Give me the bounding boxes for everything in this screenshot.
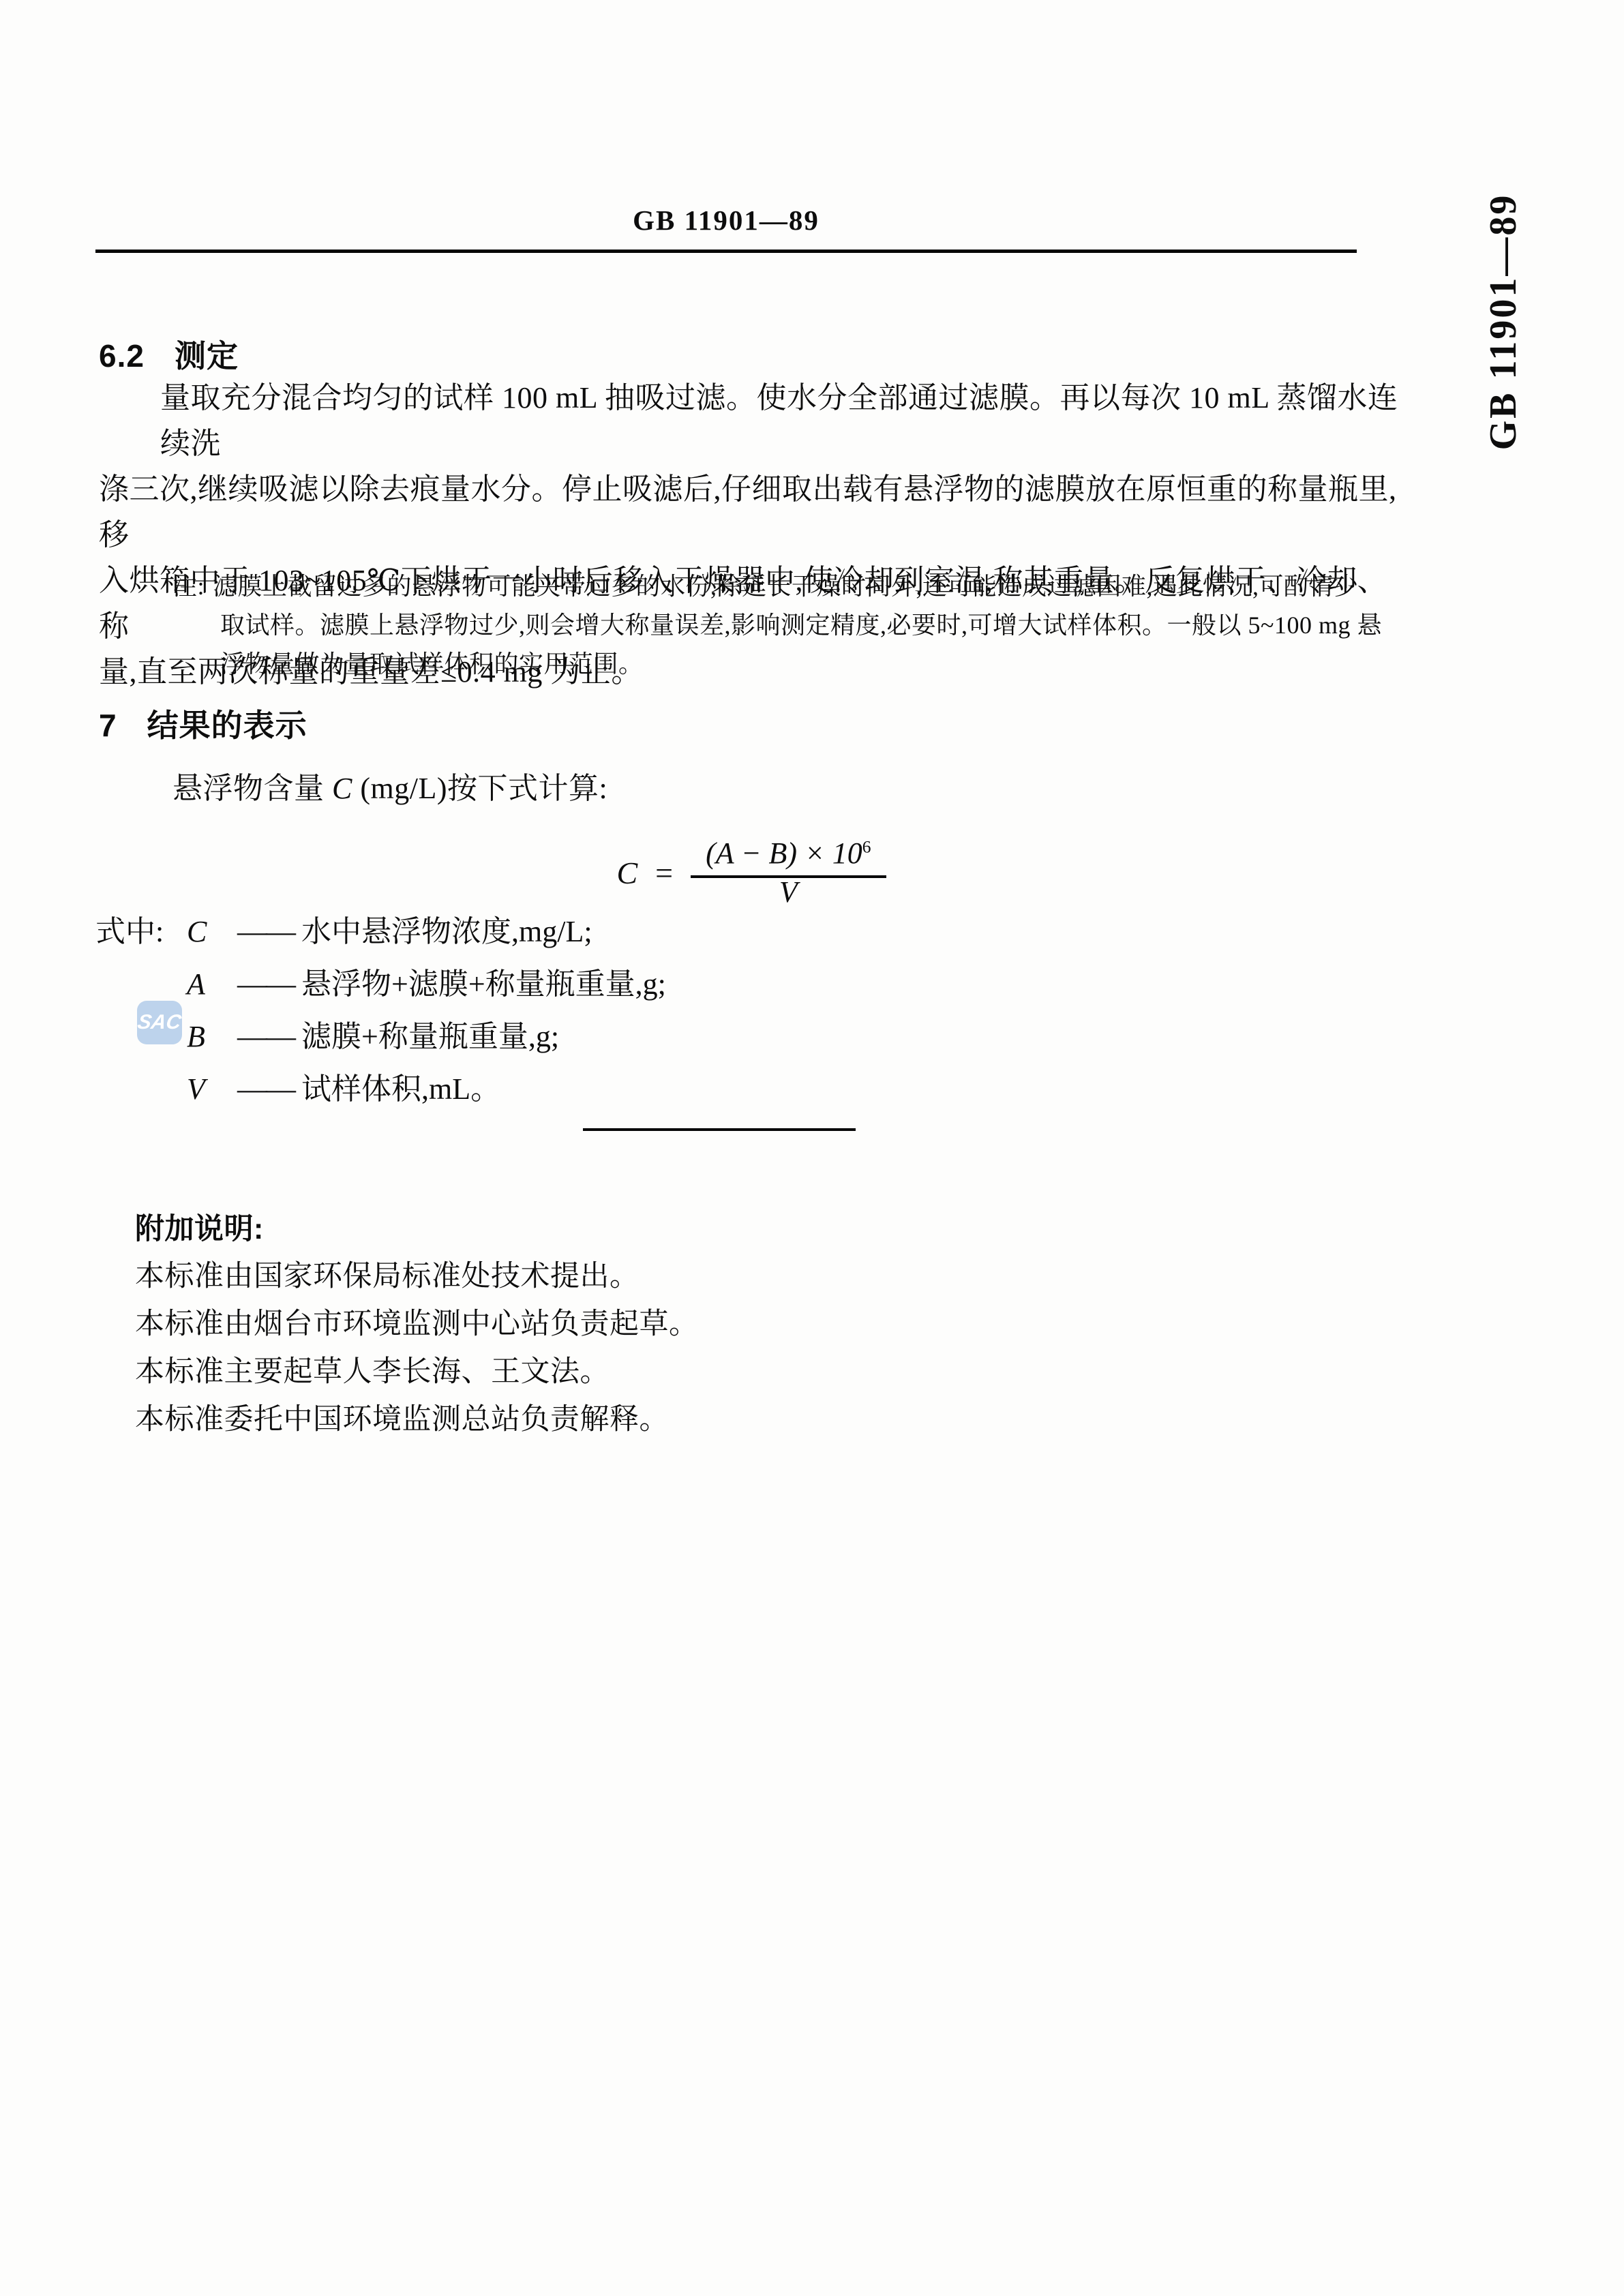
additional-notes-heading: 附加说明: — [135, 1205, 699, 1253]
side-standard-number: GB 11901—89 — [1482, 194, 1525, 451]
symbol: C — [187, 914, 226, 949]
definition-row: A —— 悬浮物+滤膜+称量瓶重量,g; — [95, 959, 1391, 1012]
definition-row: 式中: C —— 水中悬浮物浓度,mg/L; — [95, 907, 1391, 959]
suspended-solids-formula: C = (A − B) × 106 V — [99, 836, 1404, 909]
symbol: V — [187, 1072, 226, 1106]
formula-fraction: (A − B) × 106 V — [691, 836, 886, 909]
formula-equals: = — [655, 855, 673, 891]
symbol-description: 悬浮物+滤膜+称量瓶重量,g; — [301, 959, 666, 1003]
additional-notes-block: 附加说明: 本标准由国家环保局标准处技术提出。 本标准由烟台市环境监测中心站负责… — [135, 1205, 699, 1444]
intro-text-after: (mg/L)按下式计算: — [352, 772, 607, 805]
paragraph-line: 涤三次,继续吸滤以除去痕量水分。停止吸滤后,仔细取出载有悬浮物的滤膜放在原恒重的… — [99, 466, 1404, 558]
note-label: 注: — [172, 573, 205, 600]
section-7-title: 结果的表示 — [147, 708, 307, 743]
definition-row: V —— 试样体积,mL。 — [95, 1064, 1391, 1117]
header-rule — [95, 250, 1357, 253]
definition-row: B —— 滤膜+称量瓶重量,g; — [95, 1012, 1391, 1064]
section-6-2-title: 测定 — [175, 338, 239, 374]
note-block: 注:滤膜上截留过多的悬浮物可能夹带过多的水份,除延长干燥时间外,还可能造成过滤困… — [172, 567, 1438, 684]
symbol-description: 水中悬浮物浓度,mg/L; — [301, 907, 592, 950]
formula-numerator: (A − B) × 106 — [691, 836, 886, 878]
symbol: B — [187, 1019, 226, 1054]
intro-variable: C — [332, 772, 352, 805]
dash: —— — [237, 1019, 295, 1054]
dash: —— — [237, 967, 295, 1001]
section-6-2-number: 6.2 — [99, 337, 145, 374]
section-6-2-heading: 6.2测定 — [99, 331, 239, 376]
note-line: 注:滤膜上截留过多的悬浮物可能夹带过多的水份,除延长干燥时间外,还可能造成过滤困… — [172, 567, 1438, 606]
paragraph-line: 量取充分混合均匀的试样 100 mL 抽吸过滤。使水分全部通过滤膜。再以每次 1… — [99, 375, 1404, 466]
numerator-main: (A − B) × 10 — [706, 836, 862, 870]
additional-note-line: 本标准主要起草人李长海、王文法。 — [135, 1348, 699, 1396]
additional-note-line: 本标准由国家环保局标准处技术提出。 — [135, 1253, 699, 1301]
sac-watermark: SAC — [137, 1001, 182, 1044]
sac-watermark-text: SAC — [136, 1011, 183, 1034]
document-page: GB 11901—89 GB 11901—89 6.2测定 量取充分混合均匀的试… — [0, 0, 1624, 2296]
numerator-exponent: 6 — [862, 836, 871, 856]
section-7-heading: 7结果的表示 — [99, 701, 307, 746]
note-line: 取试样。滤膜上悬浮物过少,则会增大称量误差,影响测定精度,必要时,可增大试样体积… — [172, 606, 1438, 645]
note-line: 浮物量做为量取试样体积的实用范围。 — [172, 645, 1438, 684]
additional-note-line: 本标准委托中国环境监测总站负责解释。 — [135, 1396, 699, 1444]
symbol-definitions: 式中: C —— 水中悬浮物浓度,mg/L; A —— 悬浮物+滤膜+称量瓶重量… — [95, 907, 1391, 1117]
dash: —— — [237, 914, 295, 949]
dash: —— — [237, 1072, 295, 1106]
symbol: A — [187, 967, 226, 1001]
where-label: 式中: — [95, 907, 187, 950]
note-text: 滤膜上截留过多的悬浮物可能夹带过多的水份,除延长干燥时间外,还可能造成过滤困难,… — [213, 573, 1359, 600]
section-divider-rule — [583, 1128, 856, 1131]
symbol-description: 试样体积,mL。 — [301, 1064, 500, 1108]
formula-intro: 悬浮物含量 C (mg/L)按下式计算: — [172, 764, 607, 807]
symbol-description: 滤膜+称量瓶重量,g; — [301, 1012, 559, 1055]
intro-text-before: 悬浮物含量 — [172, 772, 332, 805]
page-header-title: GB 11901—89 — [95, 204, 1357, 237]
section-7-number: 7 — [99, 707, 117, 744]
formula-lhs: C — [616, 855, 637, 891]
additional-note-line: 本标准由烟台市环境监测中心站负责起草。 — [135, 1301, 699, 1348]
